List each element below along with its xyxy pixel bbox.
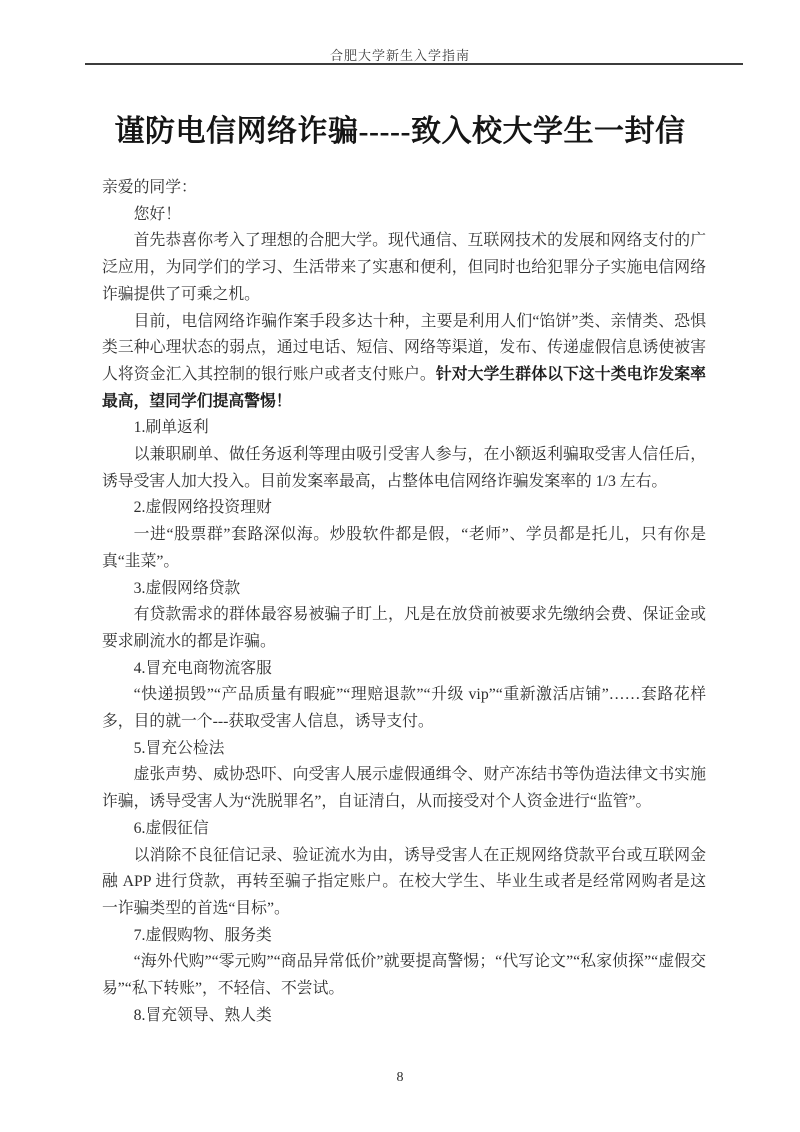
text-run: 以兼职刷单、做任务返利等理由吸引受害人参与，在小额返利骗取受害人信任后，诱导受害…: [102, 446, 706, 490]
paragraph: 4.冒充电商物流客服: [102, 656, 706, 683]
paragraph: 有贷款需求的群体最容易被骗子盯上，凡是在放贷前被要求先缴纳会费、保证金或要求刷流…: [102, 602, 706, 655]
text-run: 6.虚假征信: [134, 820, 209, 837]
text-run: “快递损毁”“产品质量有暇疵”“理赔退款”“升级 vip”“重新激活店铺”……套…: [102, 686, 706, 730]
document-body: 亲爱的同学：您好！首先恭喜你考入了理想的合肥大学。现代通信、互联网技术的发展和网…: [102, 175, 706, 1030]
text-run: 8.冒充领导、熟人类: [134, 1007, 272, 1024]
text-run: 2.虚假网络投资理财: [134, 499, 272, 516]
text-run: 5.冒充公检法: [134, 740, 225, 757]
paragraph: 6.虚假征信: [102, 816, 706, 843]
paragraph: 虚张声势、威协恐吓、向受害人展示虚假通缉令、财产冻结书等伪造法律文书实施诈骗，诱…: [102, 762, 706, 815]
document-title: 谨防电信网络诈骗-----致入校大学生一封信: [0, 106, 800, 150]
text-run: 首先恭喜你考入了理想的合肥大学。现代通信、互联网技术的发展和网络支付的广泛应用，…: [102, 232, 706, 302]
header-rule: [85, 63, 743, 65]
text-run: 虚张声势、威协恐吓、向受害人展示虚假通缉令、财产冻结书等伪造法律文书实施诈骗，诱…: [102, 766, 706, 810]
paragraph: 3.虚假网络贷款: [102, 576, 706, 603]
paragraph: “快递损毁”“产品质量有暇疵”“理赔退款”“升级 vip”“重新激活店铺”……套…: [102, 682, 706, 735]
paragraph: 您好！: [102, 202, 706, 229]
text-run: 4.冒充电商物流客服: [134, 660, 272, 677]
text-run: 7.虚假购物、服务类: [134, 927, 272, 944]
text-run: 您好！: [134, 206, 181, 223]
paragraph: 首先恭喜你考入了理想的合肥大学。现代通信、互联网技术的发展和网络支付的广泛应用，…: [102, 228, 706, 308]
paragraph: 2.虚假网络投资理财: [102, 495, 706, 522]
text-run: 一进“股票群”套路深似海。炒股软件都是假，“老师”、学员都是托儿，只有你是真“韭…: [102, 526, 706, 570]
paragraph: 1.刷单返利: [102, 415, 706, 442]
text-run: 1.刷单返利: [134, 419, 209, 436]
paragraph: “海外代购”“零元购”“商品异常低价”就要提高警惕；“代写论文”“私家侦探”“虚…: [102, 949, 706, 1002]
paragraph: 5.冒充公检法: [102, 736, 706, 763]
text-run: 亲爱的同学：: [102, 179, 197, 196]
paragraph: 亲爱的同学：: [102, 175, 706, 202]
page-number: 8: [0, 1070, 800, 1086]
paragraph: 以兼职刷单、做任务返利等理由吸引受害人参与，在小额返利骗取受害人信任后，诱导受害…: [102, 442, 706, 495]
paragraph: 目前，电信网络诈骗作案手段多达十种，主要是利用人们“馅饼”类、亲情类、恐惧类三种…: [102, 309, 706, 416]
paragraph: 8.冒充领导、熟人类: [102, 1003, 706, 1030]
text-run: 以消除不良征信记录、验证流水为由，诱导受害人在正规网络贷款平台或互联网金融 AP…: [102, 847, 706, 917]
text-run: 有贷款需求的群体最容易被骗子盯上，凡是在放贷前被要求先缴纳会费、保证金或要求刷流…: [102, 606, 706, 650]
paragraph: 7.虚假购物、服务类: [102, 923, 706, 950]
text-run: 3.虚假网络贷款: [134, 580, 241, 597]
paragraph: 一进“股票群”套路深似海。炒股软件都是假，“老师”、学员都是托儿，只有你是真“韭…: [102, 522, 706, 575]
document-page: 合肥大学新生入学指南 谨防电信网络诈骗-----致入校大学生一封信 亲爱的同学：…: [0, 0, 800, 1132]
page-header: 合肥大学新生入学指南: [0, 45, 800, 64]
paragraph: 以消除不良征信记录、验证流水为由，诱导受害人在正规网络贷款平台或互联网金融 AP…: [102, 843, 706, 923]
text-run: “海外代购”“零元购”“商品异常低价”就要提高警惕；“代写论文”“私家侦探”“虚…: [102, 953, 706, 997]
